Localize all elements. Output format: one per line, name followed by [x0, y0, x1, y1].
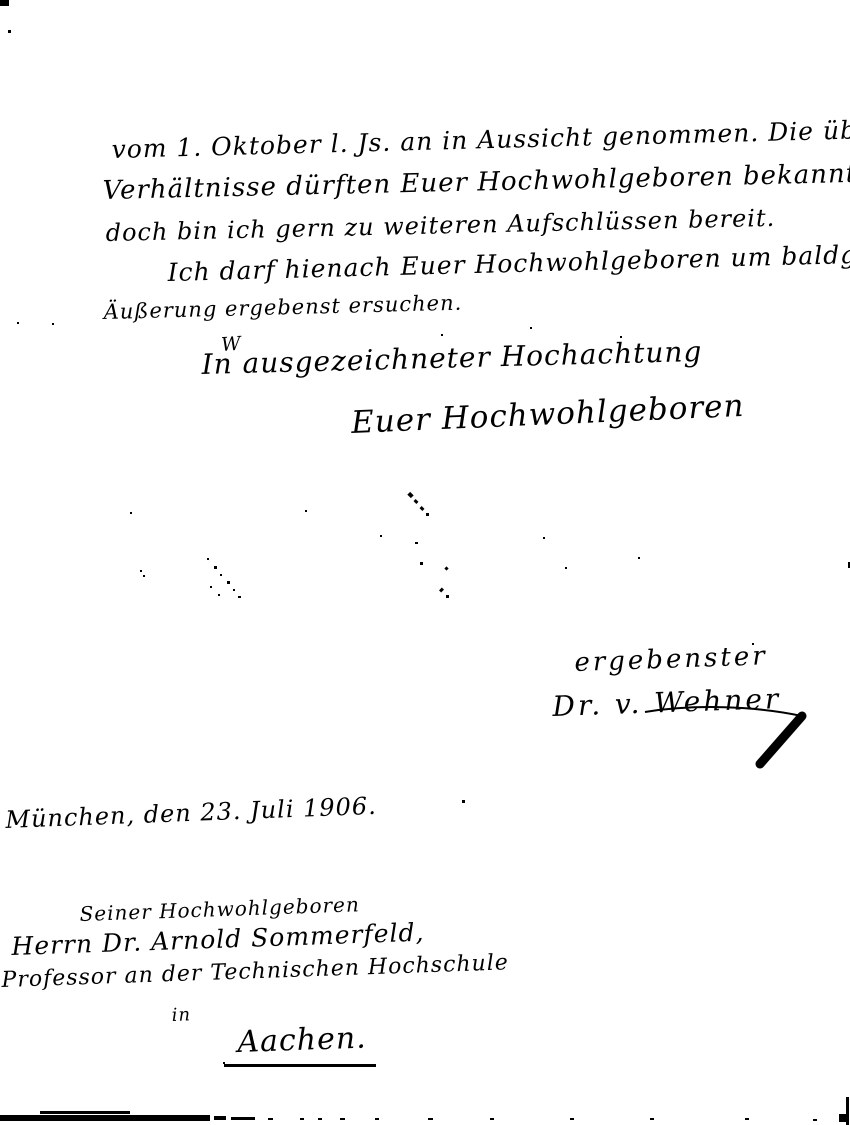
scan-bottom-strip [318, 1118, 322, 1120]
body-line-5: Äußerung ergebenst ersuchen. [103, 291, 462, 324]
scan-edge-mark [839, 1114, 848, 1122]
scan-bottom-strip [340, 1118, 345, 1120]
city-underline [224, 1064, 376, 1067]
scan-bottom-strip [813, 1119, 817, 1121]
scan-bottom-strip [231, 1117, 255, 1120]
body-line-3: doch bin ich gern zu weiteren Aufschlüss… [105, 204, 775, 247]
signature-closing-word: ergebenster [574, 641, 768, 678]
address-line-city: Aachen. [237, 1021, 367, 1060]
scan-bottom-strip [745, 1118, 749, 1120]
closing-line: In ausgezeichneter Hochachtung [201, 335, 703, 381]
address-line-in: in [171, 1004, 191, 1026]
scan-corner-mark [0, 0, 9, 6]
scan-bottom-strip [0, 1115, 210, 1121]
body-line-1: vom 1. Oktober l. Js. an in Aussicht gen… [111, 114, 850, 164]
scan-bottom-strip [570, 1118, 574, 1120]
scan-bottom-strip [375, 1118, 379, 1120]
scan-bottom-strip [490, 1118, 494, 1120]
scanned-letter-page: vom 1. Oktober l. Js. an in Aussicht gen… [0, 0, 850, 1125]
scan-bottom-strip [214, 1116, 226, 1120]
salutation-line: Euer Hochwohlgeboren [350, 388, 745, 441]
scan-bottom-strip [40, 1111, 130, 1114]
signature-flourish [640, 698, 820, 778]
dateline: München, den 23. Juli 1906. [5, 792, 377, 834]
body-line-4: Ich darf hienach Euer Hochwohlgeboren um… [167, 237, 850, 287]
scan-bottom-strip [300, 1118, 304, 1120]
body-line-2: Verhältnisse dürften Euer Hochwohlgebore… [102, 157, 850, 206]
scan-bottom-strip [428, 1118, 433, 1120]
scan-bottom-strip [650, 1118, 654, 1120]
scan-bottom-strip [268, 1118, 273, 1120]
